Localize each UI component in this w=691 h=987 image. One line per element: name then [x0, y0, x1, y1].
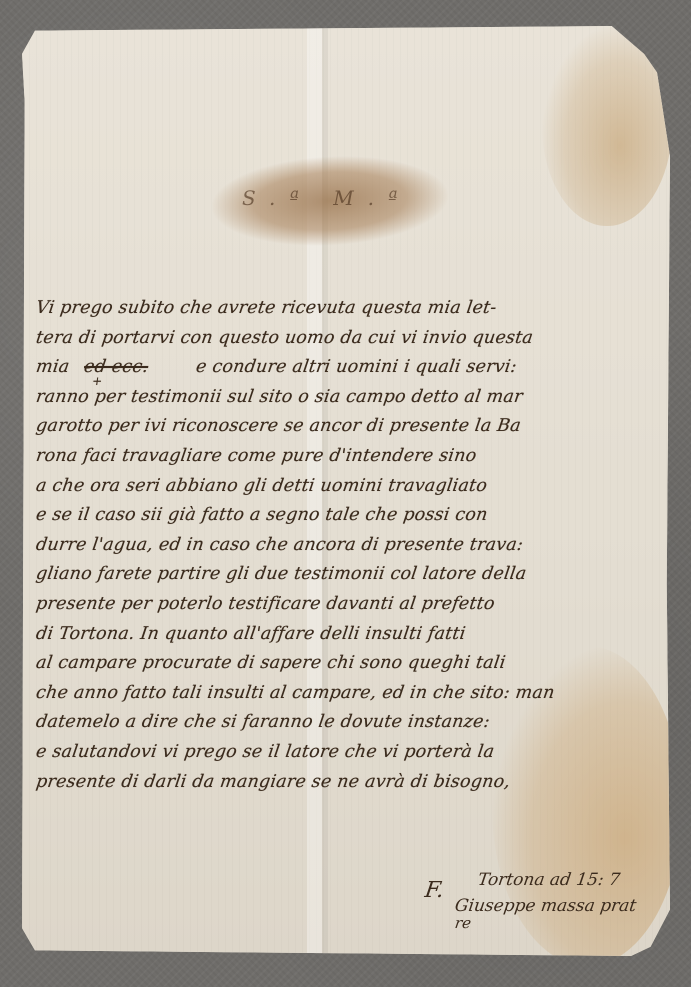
signature: Giuseppe massa prat — [454, 896, 638, 916]
letter-line: a che ora seri abbiano gli detti uomini … — [34, 472, 656, 502]
letter-line: presente per poterlo testificare davanti… — [34, 590, 656, 620]
letter-body: Vi prego subito che avrete ricevuta ques… — [36, 294, 654, 797]
header-mark: S.ª M.ª — [242, 186, 412, 210]
closing-place-date: Tortona ad 15: 7 — [477, 870, 622, 890]
letter-line: Vi prego subito che avrete ricevuta ques… — [34, 294, 656, 324]
letter-line: garotto per ivi riconoscere se ancor di … — [34, 412, 656, 442]
letter-line: che anno fatto tali insulti al campare, … — [34, 679, 656, 709]
letter-line: presente di darli da mangiare se ne avrà… — [34, 768, 656, 798]
letter-line: tera di portarvi con questo uomo da cui … — [34, 324, 656, 354]
letter-line: ranno per testimonii sul sito o sia camp… — [34, 383, 656, 413]
letter-line: di Tortona. In quanto all'affare delli i… — [34, 620, 656, 650]
signature-continuation: re — [454, 914, 473, 932]
letter-line: al campare procurate di sapere chi sono … — [34, 649, 656, 679]
letter-line: rona faci travagliare come pure d'intend… — [34, 442, 656, 472]
closing-initial: F. — [423, 878, 445, 903]
letter-line: e salutandovi vi prego se il latore che … — [34, 738, 656, 768]
letter-line: gliano farete partire gli due testimonii… — [34, 560, 656, 590]
letter-line: durre l'agua, ed in caso che ancora di p… — [34, 531, 656, 561]
letter-line: datemelo a dire che si faranno le dovute… — [34, 708, 656, 738]
letter-line: mia e condure altri uomini i quali servi… — [34, 353, 656, 383]
letter-line: e se il caso sii già fatto a segno tale … — [34, 501, 656, 531]
